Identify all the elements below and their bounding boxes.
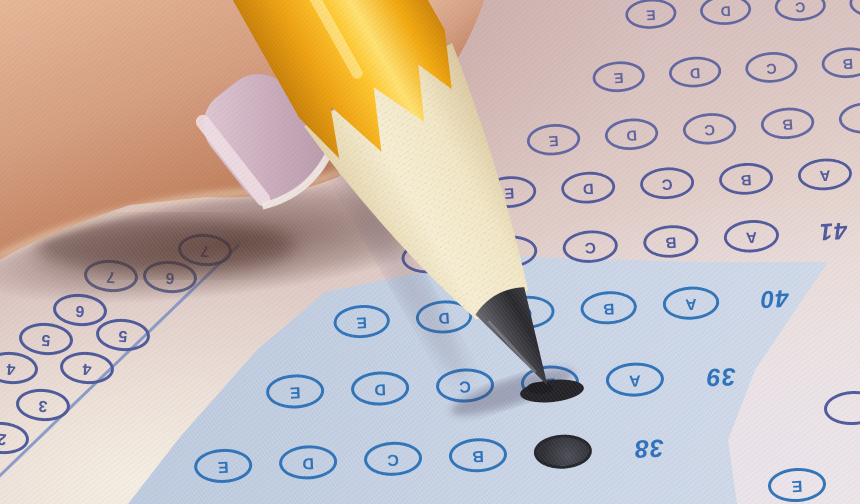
thumb-nail [189,60,342,218]
highlight-region [0,0,860,504]
bubble-45-B: B [848,0,860,18]
bubble-43-E: E [525,122,580,157]
bubble-41-A: A [722,218,779,254]
pencil-shaft [196,0,482,179]
answer-row-44: ABCDE [591,34,860,97]
bubble-42-A: A [797,157,853,192]
bubble-44-D: D [668,55,722,89]
bubble-43-D: D [603,117,658,152]
bubble-43-A: A [837,100,860,135]
stray-bubble [823,390,860,427]
hand [0,0,396,262]
finger-rim-light [0,171,342,258]
digit-bubble-5: 5 [18,321,74,357]
digit-bubble-6: 6 [52,292,108,328]
digit-bubble-4: 4 [59,350,115,386]
digit-bubble-4: 4 [0,350,39,386]
bubble-45-C: C [774,0,827,22]
photo-answer-sheet-scene: ABCDEABCDEABCDEABCDE41ABCDE40ABCDE39ABCD… [0,0,860,504]
bubble-42-C: C [639,166,695,201]
bubble-42-D: D [560,170,616,205]
stray-bubble-wrap: E [767,464,827,504]
digit-bubble-7: 7 [177,232,233,268]
stray-bubble-E: E [767,467,827,504]
digit-bubble-7: 7 [83,258,139,294]
bubble-44-C: C [744,51,798,85]
bubble-41-B: B [642,224,699,260]
index-finger [420,0,486,96]
answer-row-42: ABCDE [481,150,860,212]
digit-bubble-3: 3 [15,387,71,423]
bubble-43-B: B [759,106,814,141]
answer-row-45: ABCDE [624,0,860,33]
stray-bubble-wrap [823,387,860,430]
bubble-45-E: E [624,0,677,30]
bubble-44-B: B [820,46,860,80]
finger-shadow-core [35,218,295,274]
pencil-shine [254,0,364,81]
question-number-41: 41 [803,215,860,246]
bubble-42-E: E [481,175,537,210]
bubble-42-B: B [718,162,774,197]
bubble-45-D: D [699,0,752,26]
bubble-44-E: E [591,60,645,94]
answer-row-43: ABCDE [525,92,860,160]
bubble-43-C: C [681,111,736,146]
